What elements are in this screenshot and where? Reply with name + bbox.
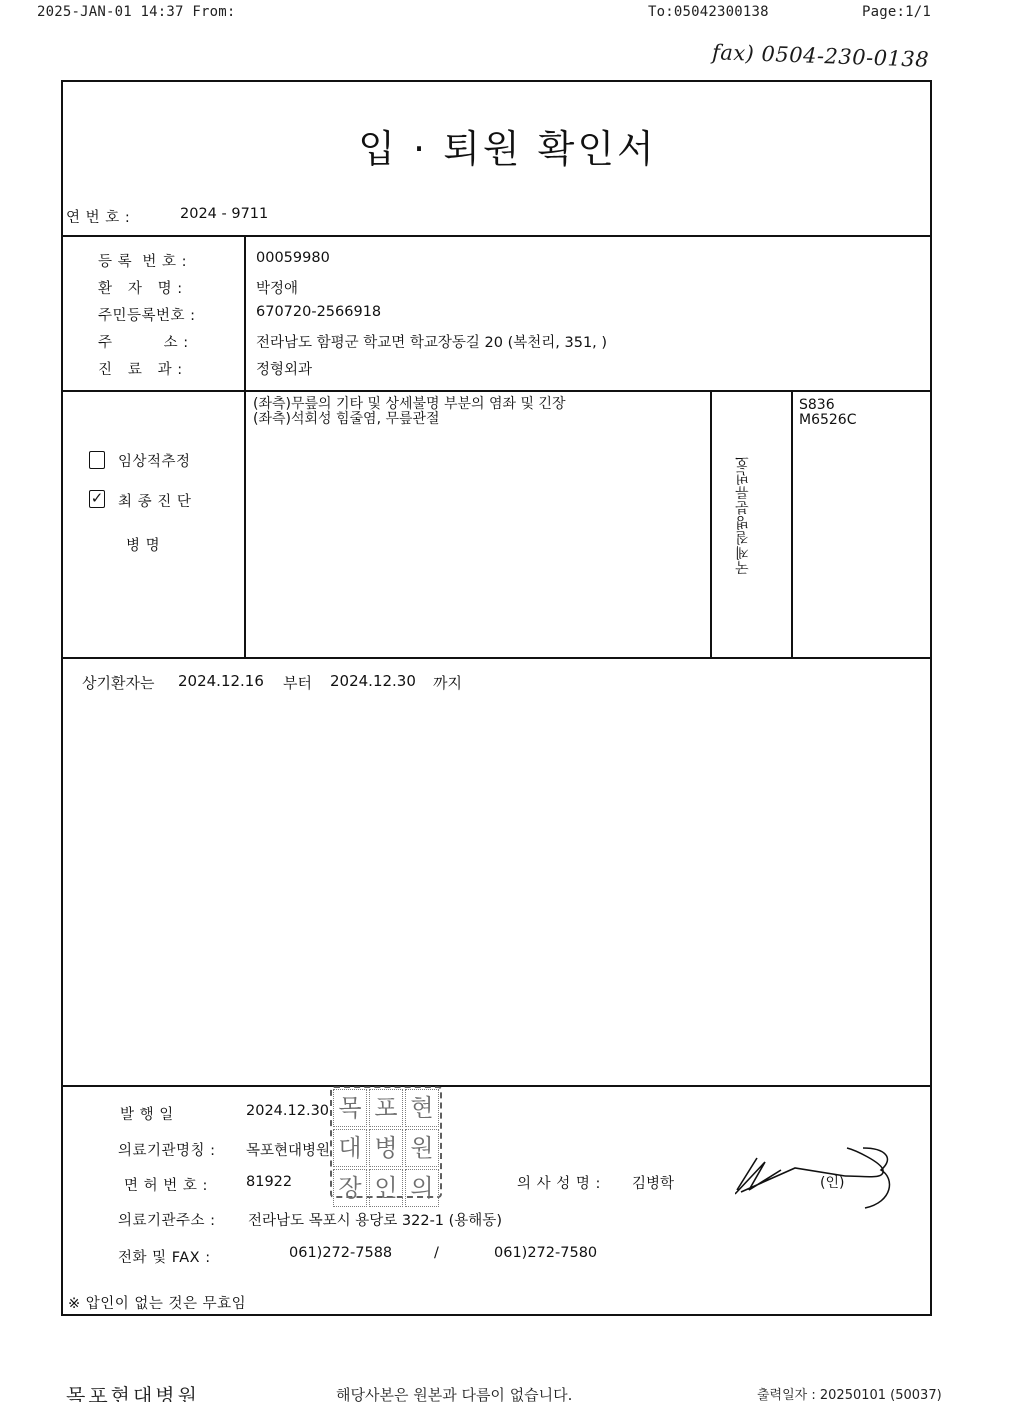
divider <box>61 235 932 237</box>
divider <box>61 1085 932 1087</box>
registration-label: 등 록 번 호 : <box>98 250 187 271</box>
patient-name-value: 박정애 <box>256 277 298 298</box>
department-label: 진 료 과 : <box>98 358 183 379</box>
address-value: 전라남도 함평군 학교면 학교장동길 20 (복천리, 351, ) <box>256 331 607 352</box>
document-title: 입 · 퇴원 확인서 <box>0 118 1015 173</box>
footer-print-date: 출력일자 : 20250101 (50037) <box>757 1384 942 1402</box>
seal-char: 대 <box>333 1129 367 1167</box>
doctor-signature <box>735 1140 895 1210</box>
footer-copy-notice: 해당사본은 원본과 다름이 없습니다. <box>336 1384 572 1402</box>
invalid-without-seal-notice: ※ 압인이 없는 것은 무효임 <box>68 1292 246 1313</box>
doctor-name: 김병학 <box>632 1172 674 1193</box>
institution-address-value: 전라남도 목포시 용당로 322-1 (용해동) <box>248 1209 502 1230</box>
fax-page-count: Page:1/1 <box>862 4 931 20</box>
stay-prefix: 상기환자는 <box>82 672 154 693</box>
fax-recipient: To:05042300138 <box>648 4 769 20</box>
seal-char: 현 <box>405 1089 439 1127</box>
license-label: 면 허 번 호 : <box>124 1174 208 1195</box>
phone-fax-separator: / <box>434 1245 439 1261</box>
seal-char: 목 <box>333 1089 367 1127</box>
final-diagnosis-checkbox[interactable]: ✓ <box>89 490 105 508</box>
to-word: 까지 <box>433 672 462 693</box>
department-value: 정형외과 <box>256 358 312 379</box>
column-divider <box>710 390 712 658</box>
discharge-date: 2024.12.30 <box>330 672 416 690</box>
column-divider <box>791 390 793 658</box>
from-word: 부터 <box>283 672 312 693</box>
column-divider <box>244 235 246 658</box>
fax-timestamp: 2025-JAN-01 14:37 From: <box>37 4 235 20</box>
official-seal-stamp: 목 포 현 대 병 원 장 인 의 <box>330 1086 442 1198</box>
diagnosis-line-2: (좌측)석회성 힘줄염, 무릎관절 <box>253 412 440 427</box>
icd-code-1: S836 <box>799 398 835 413</box>
form-frame <box>61 80 932 1316</box>
license-value: 81922 <box>246 1174 292 1190</box>
checkmark-icon: ✓ <box>91 489 104 507</box>
admission-date: 2024.12.16 <box>178 672 264 690</box>
seal-char: 장 <box>333 1169 367 1207</box>
phone-value: 061)272-7588 <box>289 1245 392 1261</box>
final-diagnosis-label: 최 종 진 단 <box>118 490 191 511</box>
phone-fax-label: 전화 및 FAX : <box>118 1246 211 1267</box>
issue-date-value: 2024.12.30 <box>246 1103 329 1119</box>
icd-code-2: M6526C <box>799 413 856 428</box>
footer-hospital-name: 목포현대병원 <box>66 1380 200 1402</box>
institution-label: 의료기관명칭 : <box>118 1139 216 1160</box>
icd-code-label: 국제질병분류번호 <box>733 455 755 575</box>
patient-name-label: 환 자 명 : <box>98 277 183 298</box>
clinical-estimate-label: 임상적추정 <box>118 450 191 471</box>
serial-label: 연 번 호 : <box>66 206 130 227</box>
clinical-estimate-checkbox[interactable] <box>89 451 105 469</box>
institution-address-label: 의료기관주소 : <box>118 1209 216 1230</box>
seal-char: 인 <box>369 1169 403 1207</box>
institution-value: 목포현대병원 <box>246 1139 330 1160</box>
seal-char: 의 <box>405 1169 439 1207</box>
diagnosis-line-1: (좌측)무릎의 기타 및 상세불명 부분의 염좌 및 긴장 <box>253 397 566 412</box>
divider <box>61 657 932 659</box>
seal-mark: (인) <box>820 1172 844 1192</box>
doctor-label: 의 사 성 명 : <box>517 1172 601 1193</box>
resident-number-value: 670720-2566918 <box>256 304 381 320</box>
fax-value: 061)272-7580 <box>494 1245 597 1261</box>
handwritten-fax-number: fax) 0504-230-0138 <box>712 40 930 72</box>
serial-value: 2024 - 9711 <box>180 206 268 222</box>
divider <box>61 390 932 392</box>
address-label: 주 소 : <box>98 331 189 352</box>
seal-char: 포 <box>369 1089 403 1127</box>
registration-value: 00059980 <box>256 250 330 266</box>
seal-char: 병 <box>369 1129 403 1167</box>
resident-number-label: 주민등록번호 : <box>98 304 196 325</box>
seal-char: 원 <box>405 1129 439 1167</box>
disease-name-label: 병 명 <box>126 534 160 555</box>
issue-date-label: 발 행 일 <box>120 1103 174 1124</box>
